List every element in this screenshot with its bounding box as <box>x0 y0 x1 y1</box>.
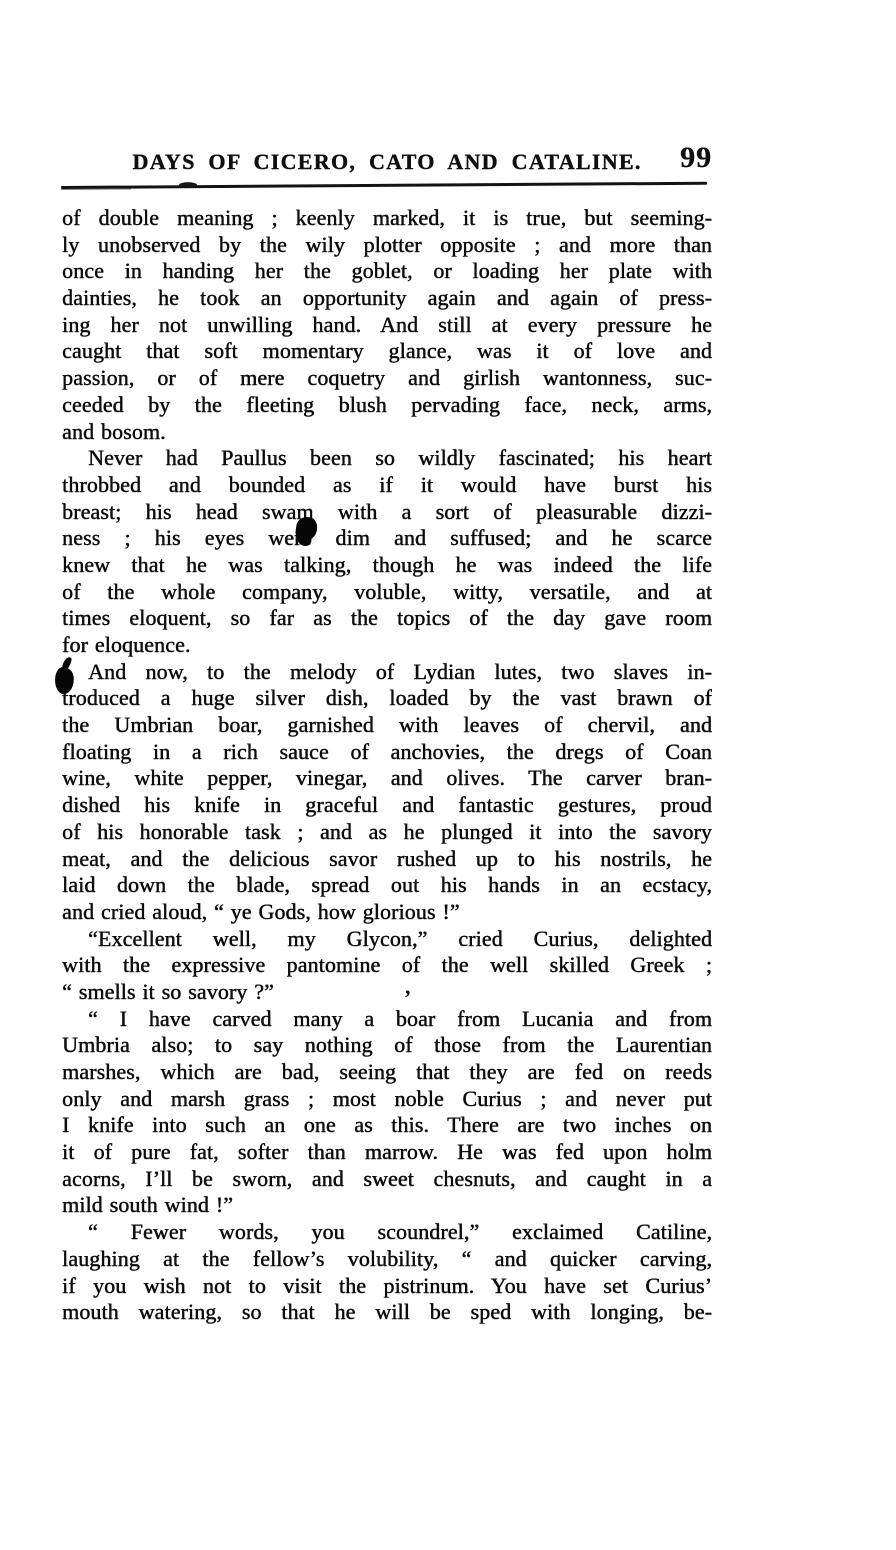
text-line: dainties, he took an opportunity again a… <box>62 285 712 312</box>
paragraph: “ I have carved many a boar from Lucania… <box>62 1006 712 1220</box>
text-line: “Excellent well, my Glycon,” cried Curiu… <box>62 926 712 953</box>
text-line: I knife into such an one as this. There … <box>62 1112 712 1139</box>
text-line: of double meaning ; keenly marked, it is… <box>62 205 712 232</box>
text-line: times eloquent, so far as the topics of … <box>62 605 712 632</box>
text-line: laughing at the fellow’s volubility, “ a… <box>62 1246 712 1273</box>
text-line: breast; his head swam with a sort of ple… <box>62 499 712 526</box>
text-line: with the expressive pantomine of the wel… <box>62 952 712 979</box>
text-line: caught that soft momentary glance, was i… <box>62 338 712 365</box>
header-rule <box>61 182 707 189</box>
text-line: ceeded by the fleeting blush pervading f… <box>62 392 712 419</box>
text-line: throbbed and bounded as if it would have… <box>62 472 712 499</box>
text-line: of the whole company, voluble, witty, ve… <box>62 579 712 606</box>
text-line: ing her not unwilling hand. And still at… <box>62 312 712 339</box>
text-line: Umbria also; to say nothing of those fro… <box>62 1032 712 1059</box>
text-line: marshes, which are bad, seeing that they… <box>62 1059 712 1086</box>
page-number: 99 <box>62 143 712 173</box>
paragraph: And now, to the melody of Lydian lutes, … <box>62 659 712 926</box>
stray-comma-mark: , <box>405 974 411 1001</box>
text-line: and bosom. <box>62 419 712 446</box>
text-line: “ I have carved many a boar from Lucania… <box>62 1006 712 1033</box>
text-line: troduced a huge silver dish, loaded by t… <box>62 685 712 712</box>
text-line: once in handing her the goblet, or loadi… <box>62 258 712 285</box>
text-line: for eloquence. <box>62 632 712 659</box>
text-line: ly unobserved by the wily plotter opposi… <box>62 232 712 259</box>
paragraph: “ Fewer words, you scoundrel,” exclaimed… <box>62 1219 712 1326</box>
text-line: ness ; his eyes were dim and suffused; a… <box>62 525 712 552</box>
paragraph: Never had Paullus been so wildly fascina… <box>62 445 712 659</box>
text-line: it of pure fat, softer than marrow. He w… <box>62 1139 712 1166</box>
text-line: wine, white pepper, vinegar, and olives.… <box>62 765 712 792</box>
text-line: “ smells it so savory ?” <box>62 979 712 1006</box>
text-line: mild south wind !” <box>62 1192 712 1219</box>
text-line: And now, to the melody of Lydian lutes, … <box>62 659 712 686</box>
text-line: floating in a rich sauce of anchovies, t… <box>62 739 712 766</box>
text-line: laid down the blade, spread out his hand… <box>62 872 712 899</box>
text-line: mouth watering, so that he will be sped … <box>62 1299 712 1326</box>
text-line: and cried aloud, “ ye Gods, how glorious… <box>62 899 712 926</box>
text-line: knew that he was talking, though he was … <box>62 552 712 579</box>
paragraph: of double meaning ; keenly marked, it is… <box>62 205 712 445</box>
text-line: acorns, I’ll be sworn, and sweet chesnut… <box>62 1166 712 1193</box>
text-line: passion, or of mere coquetry and girlish… <box>62 365 712 392</box>
paragraph: “Excellent well, my Glycon,” cried Curiu… <box>62 926 712 1006</box>
book-page: DAYS OF CICERO, CATO AND CATALINE. 99 of… <box>0 0 896 1550</box>
text-line: if you wish not to visit the pistrinum. … <box>62 1273 712 1300</box>
text-line: dished his knife in graceful and fantast… <box>62 792 712 819</box>
text-block: of double meaning ; keenly marked, it is… <box>62 205 712 1326</box>
text-line: of his honorable task ; and as he plunge… <box>62 819 712 846</box>
text-line: Never had Paullus been so wildly fascina… <box>62 445 712 472</box>
text-line: the Umbrian boar, garnished with leaves … <box>62 712 712 739</box>
text-line: “ Fewer words, you scoundrel,” exclaimed… <box>62 1219 712 1246</box>
text-line: only and marsh grass ; most noble Curius… <box>62 1086 712 1113</box>
text-line: meat, and the delicious savor rushed up … <box>62 846 712 873</box>
